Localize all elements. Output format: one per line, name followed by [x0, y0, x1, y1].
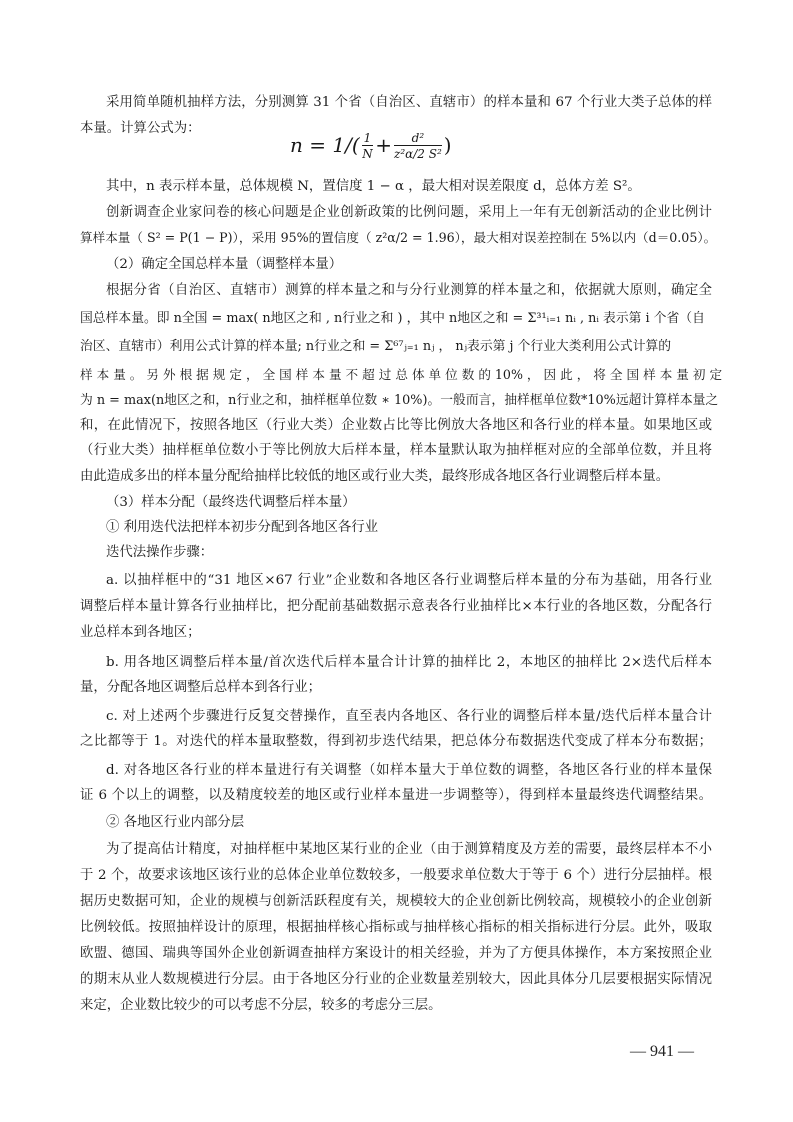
paragraph-line: 欧盟、德国、瑞典等国外企业创新调查抽样方案设计的相关经验，并为了方便具体操作，本… — [80, 944, 712, 964]
paragraph-line: 比例较低。按照抽样设计的原理，根据抽样核心指标或与抽样核心指标的相关指标进行分层… — [80, 918, 712, 938]
formula-close: ) — [444, 133, 452, 157]
paragraph-line: 算样本量（ S² = P(1 − P)），采用 95%的置信度（ z²α/2 =… — [80, 228, 712, 248]
paragraph-line: 由此造成多出的样本量分配给抽样比较低的地区或行业大类，最终形成各地区各行业调整后… — [80, 467, 712, 487]
step-c-line: 之比都等于 1。对迭代的样本量取整数，得到初步迭代结果，把总体分布数据迭代变成了… — [80, 732, 712, 752]
subsection-heading: ② 各地区行业内部分层 — [80, 813, 712, 833]
paragraph-line: 采用简单随机抽样方法，分别测算 31 个省（自治区、直辖市）的样本量和 67 个… — [80, 93, 712, 113]
paragraph-line: 根据分省（自治区、直辖市）测算的样本量之和与分行业测算的样本量之和，依据就大原则… — [80, 281, 712, 301]
page-number: — 941 — — [630, 1043, 694, 1061]
paragraph-line: 和，在此情况下，按照各地区（行业大类）企业数占比等比例放大各地区和各行业的样本量… — [80, 416, 712, 436]
paragraph-line: 于 2 个，故要求该地区该行业的总体企业单位数较多，一般要求单位数大于等于 6 … — [80, 866, 712, 886]
paragraph-line: 为了提高估计精度，对抽样框中某地区某行业的企业（由于测算精度及方差的需要，最终层… — [80, 840, 712, 860]
subsection-heading: ① 利用迭代法把样本初步分配到各地区各行业 — [80, 518, 712, 538]
step-b-line: 量，分配各地区调整后总样本到各行业； — [80, 678, 712, 698]
section-heading: （2）确定全国总样本量（调整样本量） — [80, 255, 712, 275]
paragraph-line: （行业大类）抽样框单位数小于等比例放大后样本量，样本量默认取为抽样框对应的全部单… — [80, 441, 712, 461]
paragraph-line: 创新调查企业家问卷的核心问题是企业创新政策的比例问题，采用上一年有无创新活动的企… — [80, 203, 712, 223]
formula-plus: + — [375, 133, 392, 157]
step-a-line: 调整后样本量计算各行业抽样比，把分配前基础数据示意表各行业抽样比×本行业的各地区… — [80, 597, 712, 617]
paragraph-line: 国总样本量。即 n全国 = max( n地区之和 , n行业之和 ) ，其中 n… — [80, 309, 712, 329]
formula-lhs: n = 1/( — [290, 133, 360, 157]
fraction-d2-over-z2S2: d²z²α/2 S² — [394, 131, 442, 162]
step-d-line: 证 6 个以上的调整，以及精度较差的地区或行业样本量进一步调整等），得到样本量最… — [80, 786, 712, 806]
section-heading: （3）样本分配（最终迭代调整后样本量） — [80, 493, 712, 513]
sample-size-formula: n = 1/(1N+d²z²α/2 S²) — [290, 131, 452, 162]
paragraph-line: 其中，n 表示样本量，总体规模 N，置信度 1 − α ，最大相对误差限度 d，… — [80, 177, 712, 197]
fraction-1-over-N: 1N — [362, 131, 374, 162]
steps-title: 迭代法操作步骤： — [80, 543, 712, 563]
paragraph-line: 据历史数据可知，企业的规模与创新活跃程度有关，规模较大的企业创新比例较高，规模较… — [80, 892, 712, 912]
step-d-line: d. 对各地区各行业的样本量进行有关调整（如样本量大于单位数的调整，各地区各行业… — [80, 761, 712, 781]
step-a-line: 业总样本到各地区； — [80, 623, 712, 643]
paragraph-line: 样 本 量 。 另 外 根 据 规 定 ， 全 国 样 本 量 不 超 过 总 … — [80, 365, 712, 385]
paragraph-line: 治区、直辖市）利用公式计算的样本量; n行业之和 = Σ⁶⁷ⱼ₌₁ nⱼ ， n… — [80, 337, 712, 357]
paragraph-line: 的期末从业人数规模进行分层。由于各地区分行业的企业数量差别较大，因此具体分几层要… — [80, 970, 712, 990]
step-a-line: a. 以抽样框中的“31 地区×67 行业”企业数和各地区各行业调整后样本量的分… — [80, 571, 712, 591]
paragraph-line: 来定，企业数比较少的可以考虑不分层，较多的考虑分三层。 — [80, 996, 712, 1016]
step-b-line: b. 用各地区调整后样本量/首次迭代后样本量合计计算的抽样比 2，本地区的抽样比… — [80, 653, 712, 673]
step-c-line: c. 对上述两个步骤进行反复交替操作，直至表内各地区、各行业的调整后样本量/迭代… — [80, 707, 712, 727]
paragraph-line: 为 n = max(n地区之和，n行业之和，抽样框单位数 ∗ 10%)。一般而言… — [80, 391, 712, 411]
